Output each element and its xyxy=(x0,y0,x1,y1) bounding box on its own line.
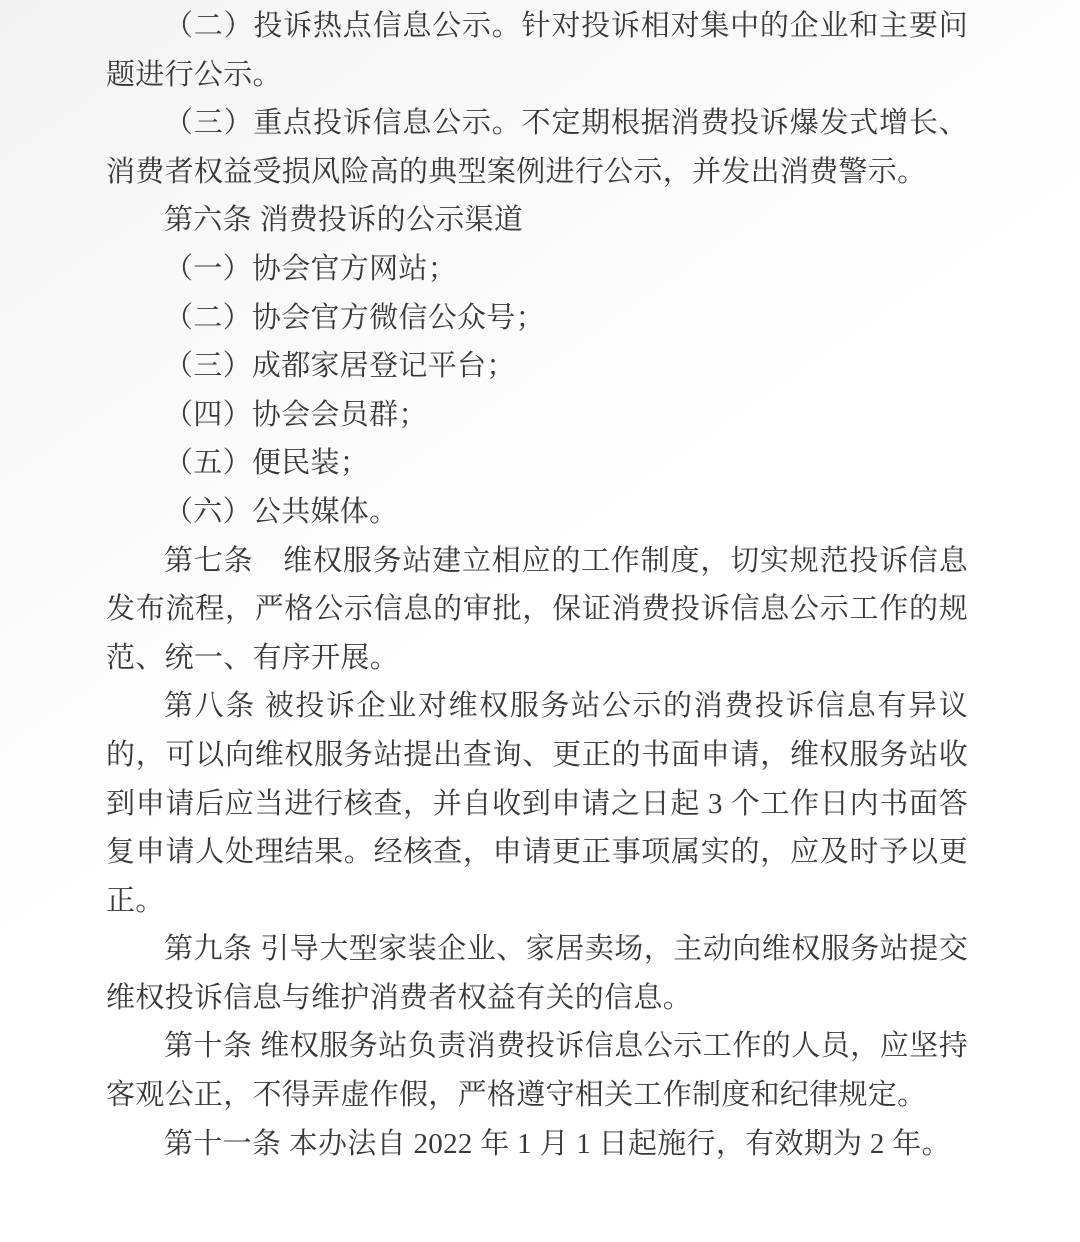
text-line: （四）协会会员群； xyxy=(106,391,968,440)
text-line: （一）协会官方网站； xyxy=(106,245,968,294)
text-line: （六）公共媒体。 xyxy=(106,488,968,537)
text-line: 第十条 维权服务站负责消费投诉信息公示工作的人员，应坚持 xyxy=(106,1022,968,1071)
text-line: 消费者权益受损风险高的典型案例进行公示，并发出消费警示。 xyxy=(106,148,968,197)
document-photo: （二）投诉热点信息公示。针对投诉相对集中的企业和主要问题进行公示。（三）重点投诉… xyxy=(0,0,1080,1242)
text-line: （三）重点投诉信息公示。不定期根据消费投诉爆发式增长、 xyxy=(106,99,968,148)
text-line: 复申请人处理结果。经核查，申请更正事项属实的，应及时予以更 xyxy=(106,828,968,877)
document-text: （二）投诉热点信息公示。针对投诉相对集中的企业和主要问题进行公示。（三）重点投诉… xyxy=(0,0,1080,1168)
text-line: （三）成都家居登记平台； xyxy=(106,342,968,391)
text-line: 第七条 维权服务站建立相应的工作制度，切实规范投诉信息 xyxy=(106,537,968,586)
text-line: 维权投诉信息与维护消费者权益有关的信息。 xyxy=(106,974,968,1023)
text-line: 题进行公示。 xyxy=(106,51,968,100)
text-line: 第九条 引导大型家装企业、家居卖场，主动向维权服务站提交 xyxy=(106,925,968,974)
text-line: 的，可以向维权服务站提出查询、更正的书面申请，维权服务站收 xyxy=(106,731,968,780)
text-line: 第八条 被投诉企业对维权服务站公示的消费投诉信息有异议 xyxy=(106,682,968,731)
text-line: 客观公正，不得弄虚作假，严格遵守相关工作制度和纪律规定。 xyxy=(106,1071,968,1120)
text-line: （二）协会官方微信公众号； xyxy=(106,294,968,343)
text-line: 正。 xyxy=(106,877,968,926)
text-line: （五）便民装； xyxy=(106,439,968,488)
text-line: （二）投诉热点信息公示。针对投诉相对集中的企业和主要问 xyxy=(106,2,968,51)
text-line: 范、统一、有序开展。 xyxy=(106,634,968,683)
text-line: 第十一条 本办法自 2022 年 1 月 1 日起施行，有效期为 2 年。 xyxy=(106,1120,968,1169)
text-line: 第六条 消费投诉的公示渠道 xyxy=(106,196,968,245)
text-line: 到申请后应当进行核查，并自收到申请之日起 3 个工作日内书面答 xyxy=(106,780,968,829)
text-line: 发布流程，严格公示信息的审批，保证消费投诉信息公示工作的规 xyxy=(106,585,968,634)
